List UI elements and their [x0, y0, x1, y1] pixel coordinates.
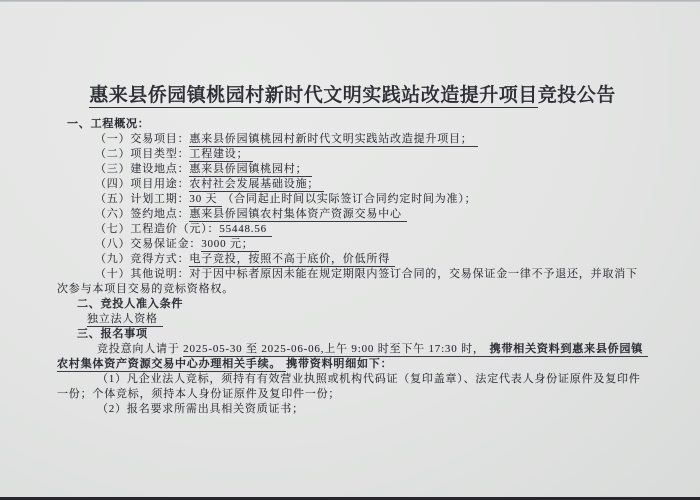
- text-run: （十）其他说明：对于因中标者原因未能在规定期限内签订合同的，交易保证金一律不予退…: [95, 268, 638, 280]
- document-body: 一、工程概况：（一）交易项目：惠来县侨园镇桃园村新时代文明实践站改造提升项目；（…: [57, 117, 648, 417]
- document-line: （七）工程造价（元）：55448.56: [57, 222, 648, 237]
- underlined-text: 携带相关资料到惠来县侨园镇: [490, 343, 648, 357]
- underlined-text: 独立法人资格: [87, 313, 163, 327]
- document-line: （九）竞得方式：电子竞投，按照不高于底价，价低所得: [57, 252, 648, 267]
- underlined-text: 3000 元；: [201, 238, 258, 252]
- document-line: 次参与本项目交易的竞标资格权。: [57, 282, 648, 297]
- document-line: （1）凡企业法人竞标，须持有有效营业执照或机构代码证（复印盖章）、法定代表人身份…: [57, 372, 648, 387]
- document-line: （六）签约地点：惠来县侨园镇农村集体资产资源交易中心: [57, 207, 648, 222]
- text-run: 一、工程概况：: [67, 118, 150, 130]
- text-run: （九）竞得方式：: [95, 253, 189, 265]
- text-run: 竞投意向人请于: [97, 343, 183, 355]
- document-line: 一份；个体竞标，须持本人身份证原件及复印件一份；: [57, 387, 648, 402]
- document-line: 农村集体资产资源交易中心办理相关手续。携带资料明细如下：: [57, 357, 648, 372]
- underlined-text: 电子竞投，按照不高于底价，价低所得: [189, 253, 395, 267]
- document-line: （八）交易保证金：3000 元；: [57, 237, 648, 252]
- document-line: 一、工程概况：: [57, 117, 648, 132]
- text-run: （二）项目类型：: [95, 148, 189, 160]
- text-run: （合同起止时间以实际签订合同约定时间为准）；: [222, 193, 476, 205]
- underlined-text: 惠来县侨园镇农村集体资产资源交易中心: [189, 208, 406, 222]
- text-run: （七）工程造价（元）：: [95, 223, 219, 235]
- document-line: （一）交易项目：惠来县侨园镇桃园村新时代文明实践站改造提升项目；: [57, 132, 648, 147]
- text-run: （八）交易保证金：: [95, 238, 201, 250]
- underlined-text: 惠来县侨园镇桃园村新时代文明实践站改造提升项目；: [189, 133, 477, 147]
- scan-top-edge: [0, 0, 700, 2]
- document-line: （十）其他说明：对于因中标者原因未能在规定期限内签订合同的，交易保证金一律不予退…: [57, 267, 648, 282]
- document-line: 二、竞投人准入条件: [57, 297, 648, 312]
- text-run: （一）交易项目：: [95, 133, 189, 145]
- document-line: （四）项目用途：农村社会发展基础设施；: [57, 177, 648, 192]
- document-line: 独立法人资格: [57, 312, 648, 327]
- text-run: 三、报名事项: [77, 328, 148, 340]
- document-line: 竞投意向人请于 2025-05-30 至 2025-06-06,上午 9:00 …: [57, 342, 648, 357]
- document-content: 惠来县侨园镇桃园村新时代文明实践站改造提升项目竞投公告 一、工程概况：（一）交易…: [57, 84, 648, 417]
- title-plain-part: 竞投公告: [538, 85, 616, 106]
- underlined-text: 30 天: [189, 193, 222, 207]
- text-run: （五）计划工期：: [95, 193, 189, 205]
- document-line: （2）报名要求所需出具相关资质证书；: [57, 402, 648, 417]
- underlined-text: 2025-05-30 至 2025-06-06,上午 9:00 时至下午 17:…: [183, 343, 490, 357]
- underlined-text: 惠来县侨园镇桃园村；: [189, 163, 312, 177]
- text-run: 次参与本项目交易的竞标资格权。: [57, 283, 234, 295]
- underlined-text: 农村集体资产资源交易中心办理相关手续。: [57, 358, 286, 372]
- document-line: （二）项目类型：工程建设；: [57, 147, 648, 162]
- underlined-text: 农村社会发展基础设施；: [189, 178, 324, 192]
- document-title: 惠来县侨园镇桃园村新时代文明实践站改造提升项目竞投公告: [57, 84, 648, 108]
- text-run: （六）签约地点：: [95, 208, 189, 220]
- text-run: （2）报名要求所需出具相关资质证书；: [97, 403, 304, 415]
- underlined-text: 55448.56: [219, 223, 272, 237]
- document-page: 惠来县侨园镇桃园村新时代文明实践站改造提升项目竞投公告 一、工程概况：（一）交易…: [0, 0, 700, 500]
- text-run: 一份；个体竞标，须持本人身份证原件及复印件一份；: [57, 388, 340, 400]
- text-run: （四）项目用途：: [95, 178, 189, 190]
- document-line: （三）建设地点：惠来县侨园镇桃园村；: [57, 162, 648, 177]
- text-run: （1）凡企业法人竞标，须持有有效营业执照或机构代码证（复印盖章）、法定代表人身份…: [97, 373, 641, 385]
- document-line: （五）计划工期：30 天（合同起止时间以实际签订合同约定时间为准）；: [57, 192, 648, 207]
- underlined-text: 工程建设；: [189, 148, 253, 162]
- text-run: （三）建设地点：: [95, 163, 189, 175]
- document-line: 三、报名事项: [57, 327, 648, 342]
- text-run: 二、竞投人准入条件: [77, 298, 183, 310]
- text-run: 携带资料明细如下：: [286, 358, 392, 370]
- title-underlined-part: 惠来县侨园镇桃园村新时代文明实践站改造提升项目: [89, 85, 538, 108]
